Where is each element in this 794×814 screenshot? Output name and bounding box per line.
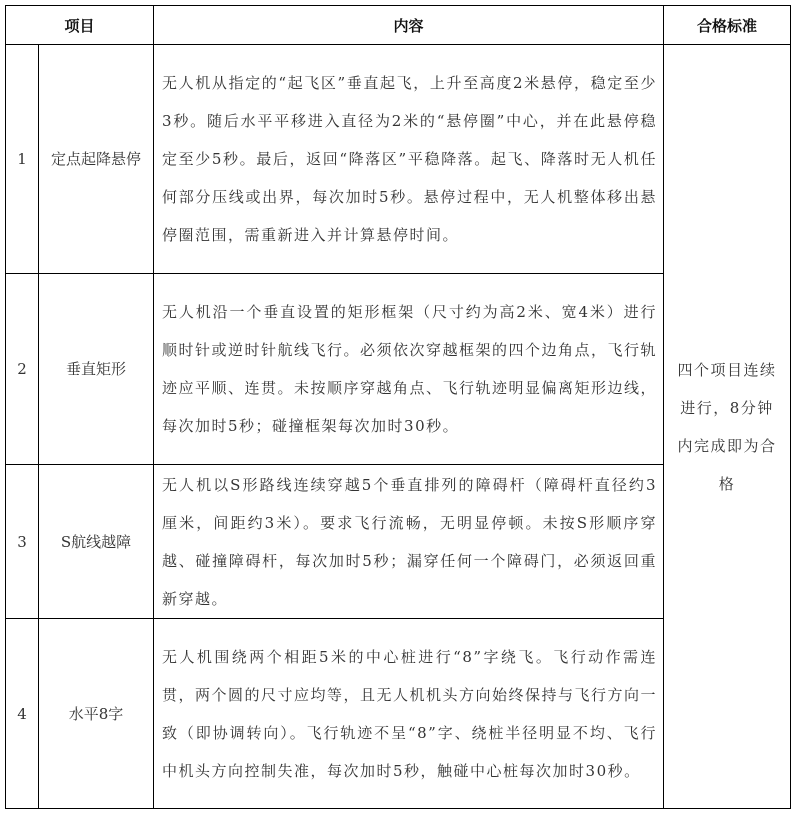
header-item: 项目	[6, 6, 154, 45]
item-content: 无人机以S形路线连续穿越5个垂直排列的障碍杆（障碍杆直径约3厘米，间距约3米）。…	[154, 465, 664, 619]
header-row: 项目 内容 合格标准	[6, 6, 791, 45]
header-standard: 合格标准	[664, 6, 791, 45]
table-row: 1 定点起降悬停 无人机从指定的“起飞区”垂直起飞，上升至高度2米悬停，稳定至少…	[6, 45, 791, 274]
item-name: 水平8字	[39, 619, 154, 809]
item-name: 垂直矩形	[39, 274, 154, 465]
item-name: S航线越障	[39, 465, 154, 619]
assessment-table: 项目 内容 合格标准 1 定点起降悬停 无人机从指定的“起飞区”垂直起飞，上升至…	[5, 5, 791, 809]
row-number: 3	[6, 465, 39, 619]
item-content: 无人机沿一个垂直设置的矩形框架（尺寸约为高2米、宽4米）进行顺时针或逆时针航线飞…	[154, 274, 664, 465]
item-name: 定点起降悬停	[39, 45, 154, 274]
pass-standard: 四个项目连续进行，8分钟内完成即为合格	[664, 45, 791, 809]
row-number: 4	[6, 619, 39, 809]
header-content: 内容	[154, 6, 664, 45]
item-content: 无人机围绕两个相距5米的中心桩进行“8”字绕飞。飞行动作需连贯，两个圆的尺寸应均…	[154, 619, 664, 809]
row-number: 1	[6, 45, 39, 274]
row-number: 2	[6, 274, 39, 465]
item-content: 无人机从指定的“起飞区”垂直起飞，上升至高度2米悬停，稳定至少3秒。随后水平平移…	[154, 45, 664, 274]
